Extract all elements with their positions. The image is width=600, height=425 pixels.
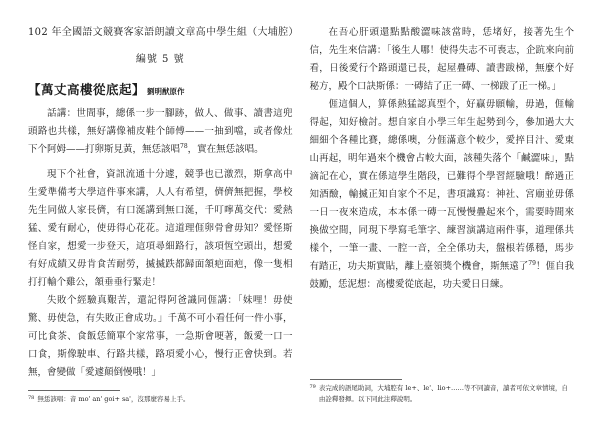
paragraph-5: 𠊎這個人，算係熱猛認真型个，好贏毋願輸，毋過，𠊎輸得起，知好檢討。想自家自小學三… (310, 96, 575, 294)
right-footnote-block: 79 表完成的語尾助詞，大埔腔有 le+、le'、lio+……等不同讀音，讀者可… (310, 375, 575, 405)
footnote-separator-left (28, 390, 120, 391)
article-title: 【萬丈高樓從底起】 (28, 82, 145, 97)
paragraph-1: 話講：世間事，總係一步一腳跡，做人、做事、讀書這兜頭路也共樣，無好講像補皮鞋个師… (28, 105, 293, 159)
left-footnote-block: 78 無恁該唱：音 mo' an' goi+ sa'，沒那麼容易上手。 (28, 386, 293, 405)
article-author: 劉明猷原作 (147, 87, 185, 96)
footnote-ref-78: 78 (180, 143, 188, 150)
document-number: 編號 5 號 (28, 53, 293, 67)
footnote-78-marker: 78 (28, 394, 34, 403)
left-column: 102 年全國語文競賽客家語朗讀文章高中學生組（大埔腔） 編號 5 號 【萬丈高… (28, 24, 293, 405)
paragraph-4: 在吾心肝頭還點點酸澀味該當時，恁堵好，接著先生个信，先生來信講：「後生人哪！使得… (310, 24, 575, 96)
paragraph-3: 失敗个經驗真艱苦，還記得阿爸識同𠊎講：「妹哩！毋使驚、毋使急，有失敗正會成功。」… (28, 292, 293, 382)
footnote-separator-right (310, 379, 402, 380)
footnote-78-text: 無恁該唱：音 mo' an' goi+ sa'，沒那麼容易上手。 (37, 394, 292, 405)
paragraph-1-text-after: ，實在無恁該唱。 (188, 144, 264, 155)
paragraph-2: 現下个社會，資訊流通十分遽，競爭也已激烈，斯拿高中生愛準備考大學這件事來講，人人… (28, 166, 293, 292)
footnote-79: 79 表完成的語尾助詞，大埔腔有 le+、le'、lio+……等不同讀音，讀者可… (310, 383, 575, 405)
article-heading: 【萬丈高樓從底起】劉明猷原作 (28, 82, 293, 100)
footnote-79-marker: 79 (310, 383, 316, 392)
right-column: 在吾心肝頭還點點酸澀味該當時，恁堵好，接著先生个信，先生來信講：「後生人哪！使得… (310, 24, 575, 405)
footnote-78: 78 無恁該唱：音 mo' an' goi+ sa'，沒那麼容易上手。 (28, 394, 293, 405)
document-title: 102 年全國語文競賽客家語朗讀文章高中學生組（大埔腔） (28, 26, 293, 40)
document-page: 102 年全國語文競賽客家語朗讀文章高中學生組（大埔腔） 編號 5 號 【萬丈高… (0, 0, 600, 425)
footnote-79-text: 表完成的語尾助詞，大埔腔有 le+、le'、lio+……等不同讀音，讀者可依文章… (319, 383, 574, 405)
footnote-ref-79: 79 (528, 260, 536, 267)
paragraph-5-text: 𠊎這個人，算係熱猛認真型个，好贏毋願輸，毋過，𠊎輸得起，知好檢討。想自家自小學三… (310, 99, 575, 272)
